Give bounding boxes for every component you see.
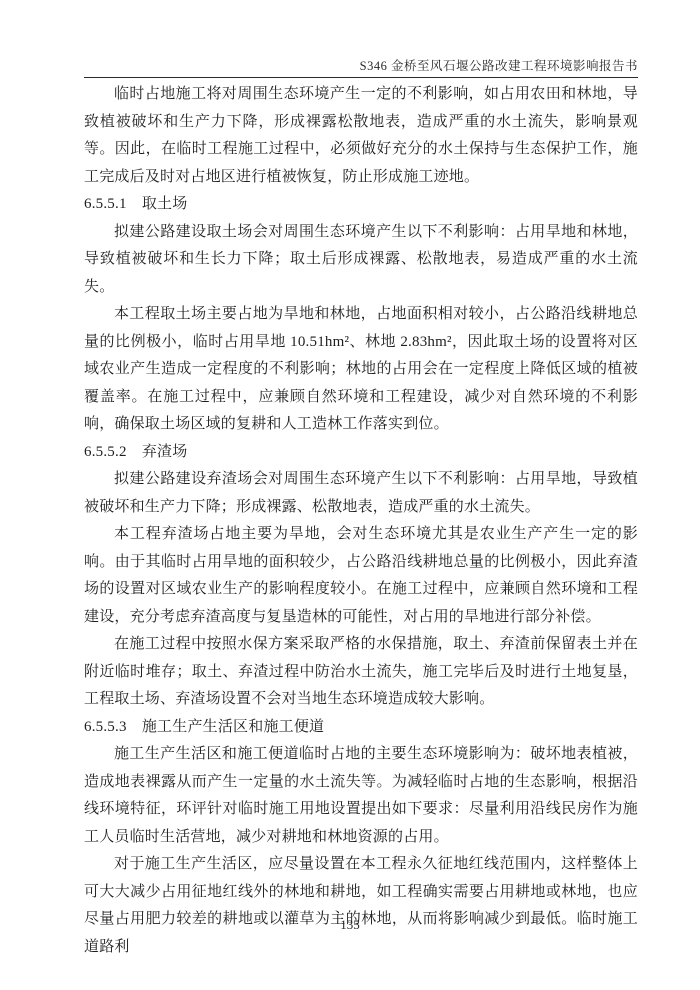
paragraph-soil-conservation: 在施工过程中按照水保方案采取严格的水保措施，取土、弃渣前保留表土并在附近临时堆存…: [84, 631, 638, 714]
paragraph-borrow-pit-area: 本工程取土场主要占地为旱地和林地，占地面积相对较小，占公路沿线耕地总量的比例极小…: [84, 301, 638, 439]
paragraph-spoil-ground-area: 本工程弃渣场占地主要为旱地，会对生态环境尤其是农业生产产生一定的影响。由于其临时…: [84, 521, 638, 631]
paragraph-camp-siting: 对于施工生产生活区，应尽量设置在本工程永久征地红线范围内，这样整体上可大大减少占…: [84, 851, 638, 961]
section-heading-borrow-pit: 6.5.5.1 取土场: [84, 191, 638, 219]
section-heading-camp-and-roads: 6.5.5.3 施工生产生活区和施工便道: [84, 714, 638, 742]
report-page: S346 金桥至风石堰公路改建工程环境影响报告书 临时占地施工将对周围生态环境产…: [0, 0, 700, 990]
document-body: 临时占地施工将对周围生态环境产生一定的不利影响，如占用农田和林地，导致植被破坏和…: [84, 81, 638, 961]
running-header: S346 金桥至风石堰公路改建工程环境影响报告书: [84, 56, 638, 74]
page-number: 135: [0, 917, 700, 933]
section-heading-spoil-ground: 6.5.5.2 弃渣场: [84, 439, 638, 467]
header-rule: [84, 77, 638, 78]
paragraph-borrow-pit-impacts: 拟建公路建设取土场会对周围生态环境产生以下不利影响：占用旱地和林地，导致植被破坏…: [84, 219, 638, 302]
paragraph-spoil-ground-impacts: 拟建公路建设弃渣场会对周围生态环境产生以下不利影响：占用旱地，导致植被破坏和生产…: [84, 466, 638, 521]
paragraph-camp-impacts: 施工生产生活区和施工便道临时占地的主要生态环境影响为：破坏地表植被，造成地表裸露…: [84, 741, 638, 851]
paragraph-temp-land-impact: 临时占地施工将对周围生态环境产生一定的不利影响，如占用农田和林地，导致植被破坏和…: [84, 81, 638, 191]
report-title: S346 金桥至风石堰公路改建工程环境影响报告书: [360, 59, 638, 73]
